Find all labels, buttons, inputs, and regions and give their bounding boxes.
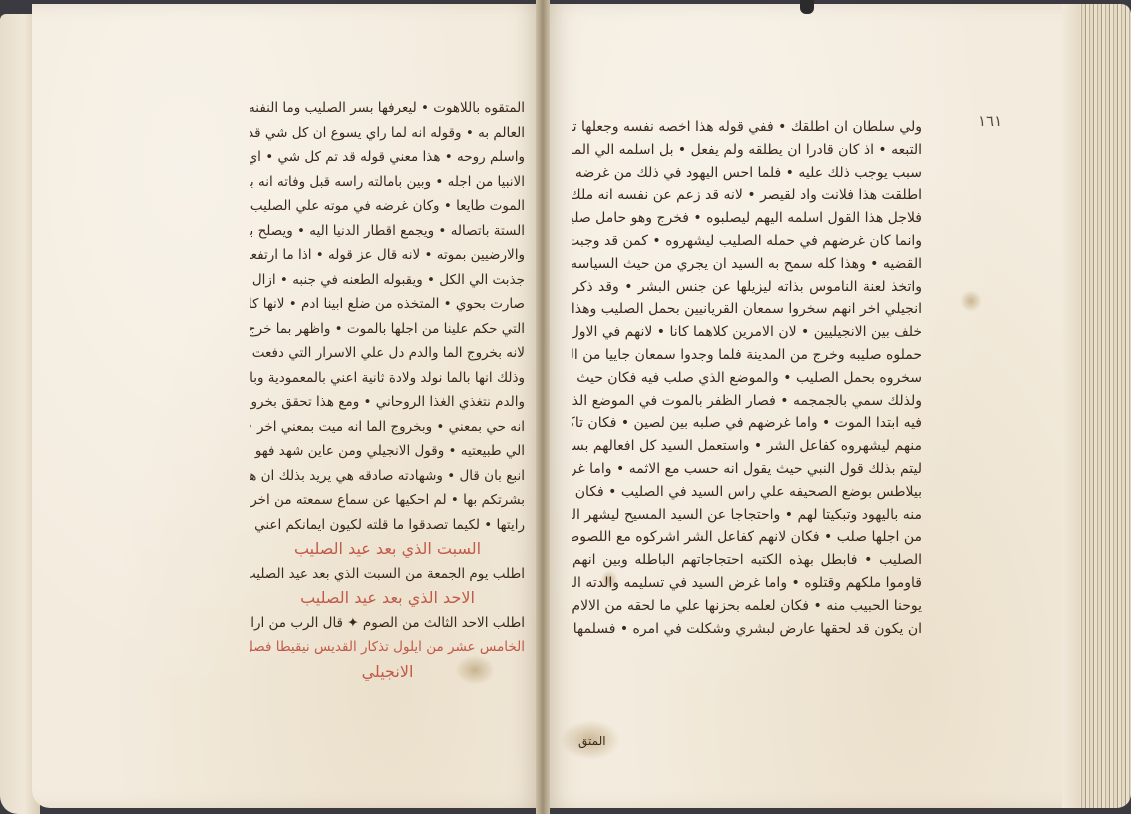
text-line: سبب يوجب ذلك عليه • فلما احس اليهود في ذ… xyxy=(572,162,922,185)
text-line: منهم ليشهروه كفاعل الشر • واستعمل السيد … xyxy=(572,435,922,458)
manuscript-spread: ١٦١ المتقوه باللاهوت • ليعرفها بسر الصلي… xyxy=(0,0,1131,814)
catchword: المتق xyxy=(578,734,606,748)
rubric-heading: السبت الذي بعد عيد الصليب xyxy=(250,537,525,562)
lectionary-note: اطلب يوم الجمعة من السبت الذي بعد عيد ال… xyxy=(250,562,525,587)
text-line: انجيلي اخر انهم سخروا سمعان القريانيين ب… xyxy=(572,298,922,321)
rubric-heading: الانجيلي xyxy=(250,660,525,685)
text-line: القضيه • وهذا كله سمح به السيد ان يجري م… xyxy=(572,253,922,276)
text-line: ولذلك سمي بالجمجمه • فصار الظفر بالموت ف… xyxy=(572,390,922,413)
folio-number: ١٦١ xyxy=(978,112,1002,130)
text-line: بشرتكم بها • لم احكيها عن سماع سمعته من … xyxy=(250,488,525,513)
bookmark-clip xyxy=(800,0,814,14)
text-line: الانبيا من اجله • وبين بامالته راسه قبل … xyxy=(250,170,525,195)
rubric-heading: الخامس عشر من ايلول تذكار القديس نيقيطا … xyxy=(250,635,525,660)
text-line: فيه ابتدا الموت • واما غرضهم في صلبه بين… xyxy=(572,412,922,435)
text-line: الصليب • فابطل بهذه الكتبه احتجاجاتهم ال… xyxy=(572,549,922,572)
text-line: انه حي بمعني • وبخروج الما انه ميت بمعني… xyxy=(250,415,525,440)
text-line: اطلقت هذا فلانت واد لقيصر • لانه قد زعم … xyxy=(572,184,922,207)
rubric-heading: الاحد الذي بعد عيد الصليب xyxy=(250,586,525,611)
text-line: جذبت الي الكل • ويقبوله الطعنه في جنبه •… xyxy=(250,268,525,293)
text-line: المتقوه باللاهوت • ليعرفها بسر الصليب وم… xyxy=(250,96,525,121)
text-line: بيلاطس بوضع الصحيفه علي راس السيد في الص… xyxy=(572,481,922,504)
text-line: قاوموا ملكهم وقتلوه • واما غرض السيد في … xyxy=(572,572,922,595)
text-line: الموت طايعا • وكان غرضه في موته علي الصل… xyxy=(250,194,525,219)
text-line: التبعه • اذ كان قادرا ان يطلقه ولم يفعل … xyxy=(572,139,922,162)
text-line: ولي سلطان ان اطلقك • ففي قوله هذا اخصه ن… xyxy=(572,116,922,139)
text-line: خلف بين الانجيليين • لان الامرين كلاهما … xyxy=(572,321,922,344)
text-line: من اجلها صلب • فكان لانهم كفاعل الشر اشر… xyxy=(572,526,922,549)
book-gutter xyxy=(536,0,550,814)
text-line: الي طبيعتيه • وقول الانجيلي ومن عاين شهد… xyxy=(250,439,525,464)
left-page-text: المتقوه باللاهوت • ليعرفها بسر الصليب وم… xyxy=(250,96,525,684)
text-line: منه باليهود وتبكيتا لهم • واحتجاجا عن ال… xyxy=(572,504,922,527)
text-line: وانما كان غرضهم في حمله الصليب ليشهروه •… xyxy=(572,230,922,253)
text-line: فلاجل هذا القول اسلمه اليهم ليصلبوه • فخ… xyxy=(572,207,922,230)
stain xyxy=(960,290,982,312)
text-line: واسلم روحه • هذا معني قوله قد تم كل شي •… xyxy=(250,145,525,170)
text-line: التي حكم علينا من اجلها بالموت • واظهر ب… xyxy=(250,317,525,342)
text-line: صارت بحوي • المتخذه من ضلع ابينا ادم • ل… xyxy=(250,292,525,317)
text-line: انبع بان قال • وشهادته صادقه هي يريد بذل… xyxy=(250,464,525,489)
text-line: يوحنا الحبيب منه • فكان لعلمه بحزنها علي… xyxy=(572,595,922,618)
text-line: الستة باتصاله • ويجمع اقطار الدنيا اليه … xyxy=(250,219,525,244)
text-line: ليتم بذلك قول النبي حيث يقول انه حسب مع … xyxy=(572,458,922,481)
text-line: رايتها • لكيما تصدقوا ما قلته لكيون ايما… xyxy=(250,513,525,538)
text-line: والارضيين بموته • لانه قال عز قوله • اذا… xyxy=(250,243,525,268)
lectionary-note: اطلب الاحد الثالث من الصوم ✦ قال الرب من… xyxy=(250,611,525,636)
text-line: والدم نتغذي الغذا الروحاني • ومع هذا تحق… xyxy=(250,390,525,415)
right-page-text: ولي سلطان ان اطلقك • ففي قوله هذا اخصه ن… xyxy=(572,116,922,640)
page-edges xyxy=(1062,4,1131,808)
text-line: واتخذ لعنة الناموس بذاته ليزيلها عن جنس … xyxy=(572,276,922,299)
text-line: حملوه صليبه وخرج من المدينة فلما وجدوا س… xyxy=(572,344,922,367)
text-line: ان يكون قد لحقها عارض لبشري وشكلت في امر… xyxy=(572,618,922,641)
text-line: سخروه بحمل الصليب • والموضع الذي صلب فيه… xyxy=(572,367,922,390)
text-line: العالم به • وقوله انه لما راي يسوع ان كل… xyxy=(250,121,525,146)
text-line: لانه بخروج الما والدم دل علي الاسرار الت… xyxy=(250,341,525,366)
text-line: وذلك انها بالما نولد ولادة ثانية اعني با… xyxy=(250,366,525,391)
